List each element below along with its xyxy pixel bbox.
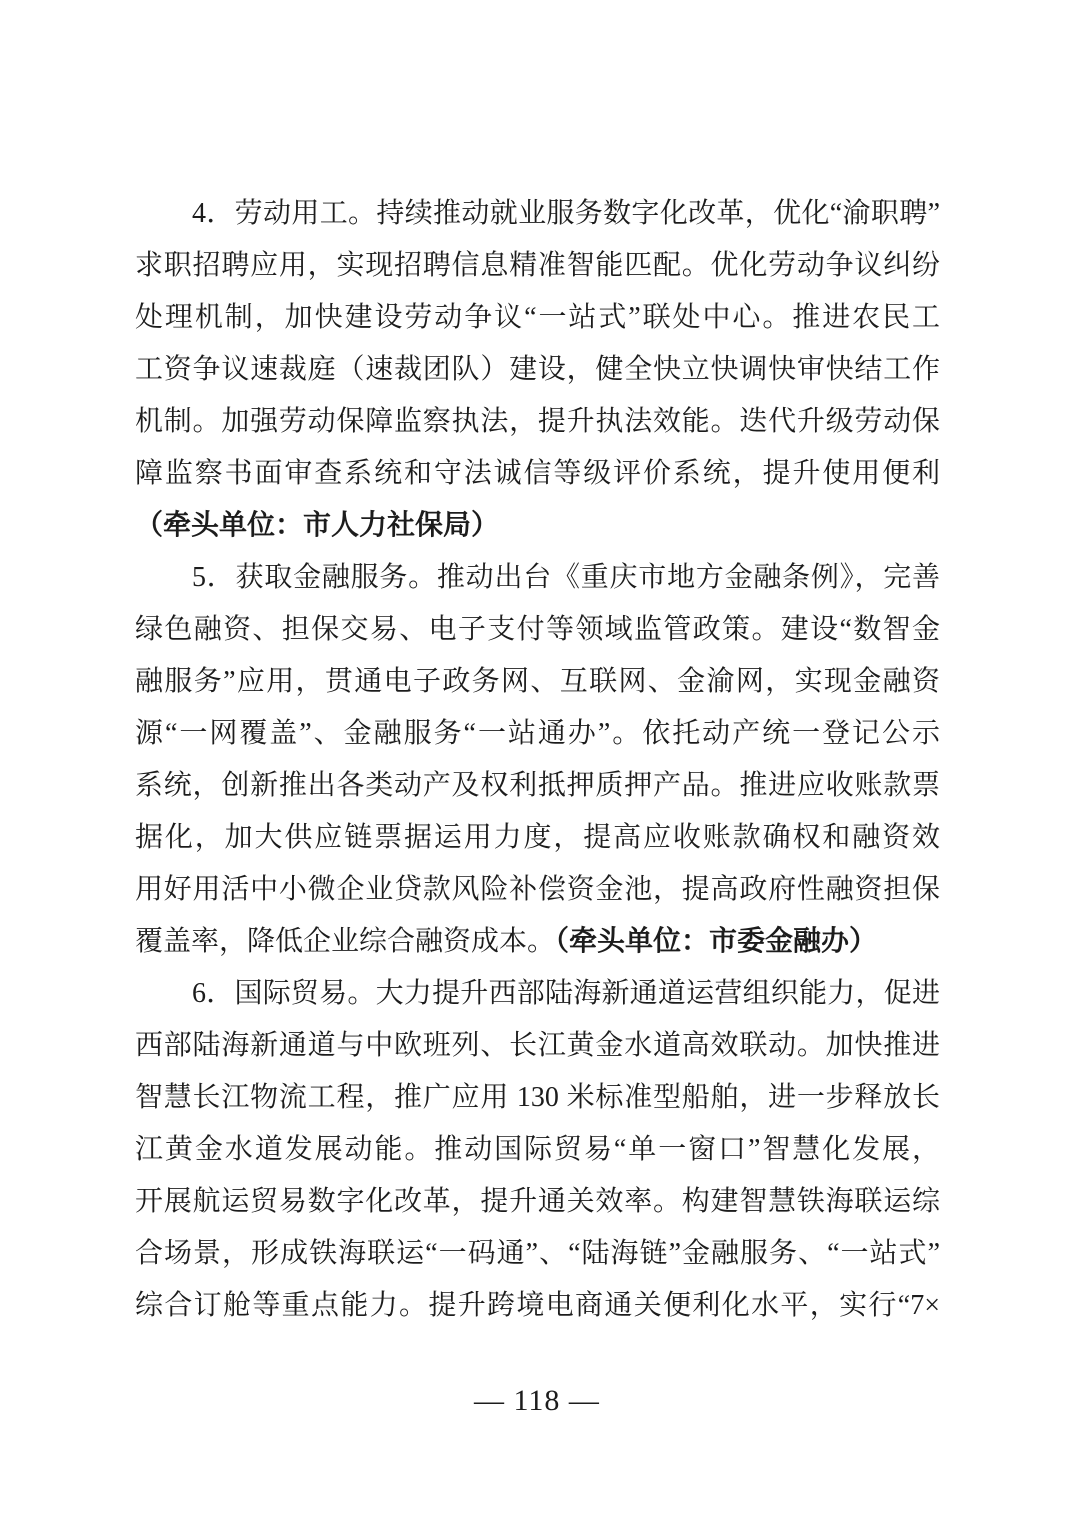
document-line: 用好用活中小微企业贷款风险补偿资金池，提高政府性融资担保: [135, 864, 940, 916]
text-run: 智慧长江物流工程，推广应用 130 米标准型船舶，进一步释放长: [135, 1082, 940, 1113]
text-run: 6．国际贸易。大力提升西部陆海新通道运营组织能力，促进: [192, 978, 940, 1009]
document-line: 求职招聘应用，实现招聘信息精准智能匹配。优化劳动争议纠纷: [135, 240, 940, 292]
document-line: 6．国际贸易。大力提升西部陆海新通道运营组织能力，促进: [135, 968, 940, 1020]
text-run: 据化，加大供应链票据运用力度，提高应收账款确权和融资效率。: [135, 822, 940, 864]
item-6-international-trade: 6．国际贸易。大力提升西部陆海新通道运营组织能力，促进西部陆海新通道与中欧班列、…: [135, 968, 940, 1332]
document-body: 4．劳动用工。持续推动就业服务数字化改革，优化“渝职聘”求职招聘应用，实现招聘信…: [135, 188, 940, 1332]
page-footer: — 118 —: [0, 1378, 1074, 1424]
lead-unit-label: （牵头单位：市人力社保局）: [135, 510, 499, 541]
text-run: 开展航运贸易数字化改革，提升通关效率。构建智慧铁海联运综: [135, 1186, 940, 1217]
document-line: （牵头单位：市人力社保局）: [135, 500, 940, 552]
text-run: 西部陆海新通道与中欧班列、长江黄金水道高效联动。加快推进: [135, 1030, 940, 1061]
text-run: 5．获取金融服务。推动出台《重庆市地方金融条例》，完善: [192, 562, 940, 593]
lead-unit-label: （牵头单位：市委金融办）: [555, 926, 877, 957]
text-run: 绿色融资、担保交易、电子支付等领域监管政策。建设“数智金: [135, 614, 940, 645]
document-line: 系统，创新推出各类动产及权利抵押质押产品。推进应收账款票: [135, 760, 940, 812]
document-line: 合场景，形成铁海联运“一码通”、“陆海链”金融服务、“一站式”: [135, 1228, 940, 1280]
text-run: 求职招聘应用，实现招聘信息精准智能匹配。优化劳动争议纠纷: [135, 250, 940, 281]
text-run: 4．劳动用工。持续推动就业服务数字化改革，优化“渝职聘”: [192, 198, 940, 229]
document-line: 融服务”应用，贯通电子政务网、互联网、金渝网，实现金融资: [135, 656, 940, 708]
document-line: 西部陆海新通道与中欧班列、长江黄金水道高效联动。加快推进: [135, 1020, 940, 1072]
text-run: 工资争议速裁庭（速裁团队）建设，健全快立快调快审快结工作: [135, 354, 940, 385]
document-line: 绿色融资、担保交易、电子支付等领域监管政策。建设“数智金: [135, 604, 940, 656]
text-run: 覆盖率，降低企业综合融资成本。: [135, 926, 555, 957]
text-run: 源“一网覆盖”、金融服务“一站通办”。依托动产统一登记公示: [135, 718, 940, 749]
document-line: 处理机制，加快建设劳动争议“一站式”联处中心。推进农民工: [135, 292, 940, 344]
text-run: 系统，创新推出各类动产及权利抵押质押产品。推进应收账款票: [135, 770, 940, 801]
document-line: 机制。加强劳动保障监察执法，提升执法效能。迭代升级劳动保: [135, 396, 940, 448]
document-line: 覆盖率，降低企业综合融资成本。（牵头单位：市委金融办）: [135, 916, 940, 968]
page-number: — 118 —: [474, 1384, 600, 1417]
document-line: 障监察书面审查系统和守法诚信等级评价系统，提升使用便利度。: [135, 448, 940, 500]
document-line: 开展航运贸易数字化改革，提升通关效率。构建智慧铁海联运综: [135, 1176, 940, 1228]
text-run: 障监察书面审查系统和守法诚信等级评价系统，提升使用便利度。: [135, 458, 940, 500]
text-run: 处理机制，加快建设劳动争议“一站式”联处中心。推进农民工: [135, 302, 940, 333]
document-line: 5．获取金融服务。推动出台《重庆市地方金融条例》，完善: [135, 552, 940, 604]
text-run: 江黄金水道发展动能。推动国际贸易“单一窗口”智慧化发展，: [135, 1134, 940, 1165]
document-line: 工资争议速裁庭（速裁团队）建设，健全快立快调快审快结工作: [135, 344, 940, 396]
text-run: 综合订舱等重点能力。提升跨境电商通关便利化水平，实行“7×: [135, 1290, 940, 1321]
document-line: 源“一网覆盖”、金融服务“一站通办”。依托动产统一登记公示: [135, 708, 940, 760]
document-line: 据化，加大供应链票据运用力度，提高应收账款确权和融资效率。: [135, 812, 940, 864]
item-5-financial-services: 5．获取金融服务。推动出台《重庆市地方金融条例》，完善绿色融资、担保交易、电子支…: [135, 552, 940, 968]
text-run: 机制。加强劳动保障监察执法，提升执法效能。迭代升级劳动保: [135, 406, 940, 437]
document-line: 4．劳动用工。持续推动就业服务数字化改革，优化“渝职聘”: [135, 188, 940, 240]
text-run: 合场景，形成铁海联运“一码通”、“陆海链”金融服务、“一站式”: [135, 1238, 940, 1269]
document-line: 综合订舱等重点能力。提升跨境电商通关便利化水平，实行“7×: [135, 1280, 940, 1332]
text-run: 融服务”应用，贯通电子政务网、互联网、金渝网，实现金融资: [135, 666, 940, 697]
item-4-labor-employment: 4．劳动用工。持续推动就业服务数字化改革，优化“渝职聘”求职招聘应用，实现招聘信…: [135, 188, 940, 552]
document-line: 江黄金水道发展动能。推动国际贸易“单一窗口”智慧化发展，: [135, 1124, 940, 1176]
document-line: 智慧长江物流工程，推广应用 130 米标准型船舶，进一步释放长: [135, 1072, 940, 1124]
document-page: 4．劳动用工。持续推动就业服务数字化改革，优化“渝职聘”求职招聘应用，实现招聘信…: [0, 0, 1074, 1520]
text-run: 用好用活中小微企业贷款风险补偿资金池，提高政府性融资担保: [135, 874, 940, 905]
